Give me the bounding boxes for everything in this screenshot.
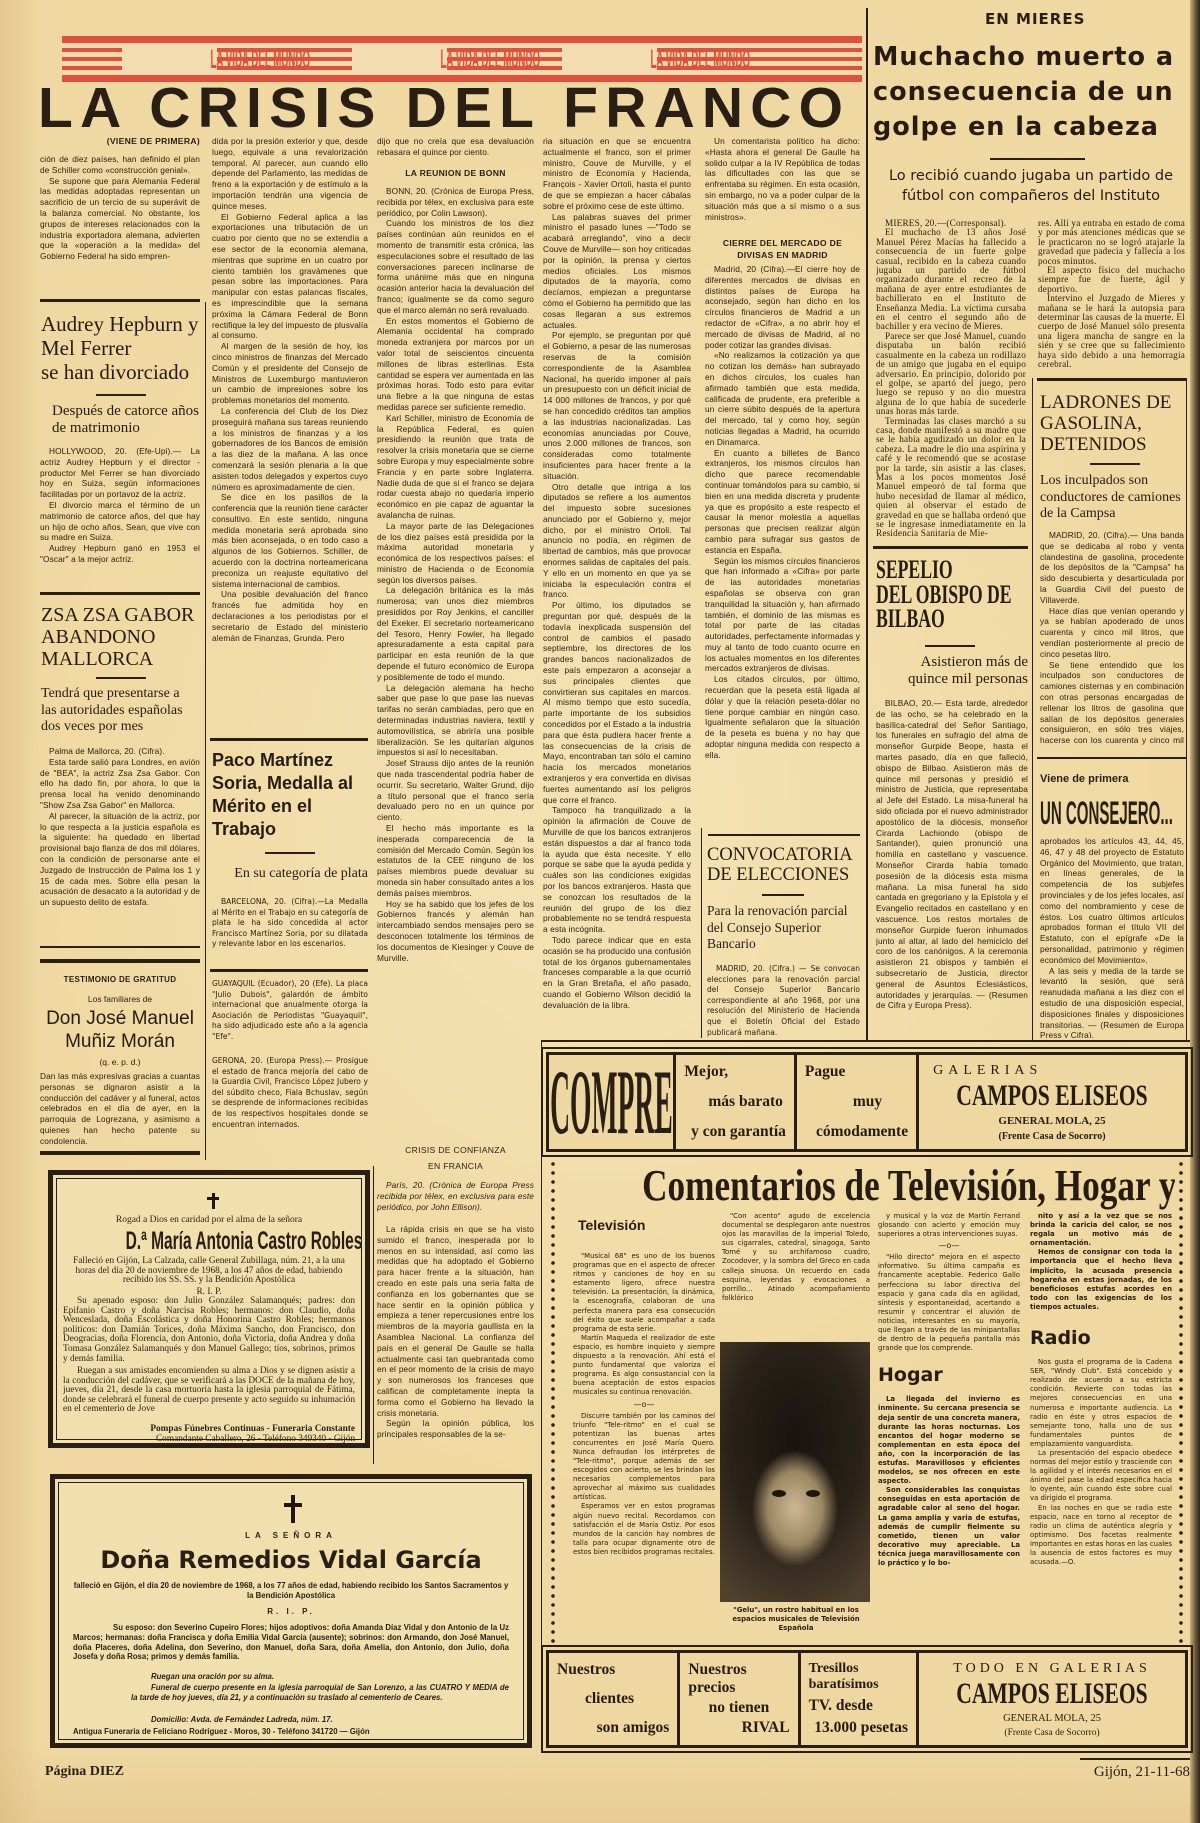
paragraph: Hace días que venían operando y ya se ha… (1040, 606, 1184, 660)
mieres-body-col2: res. Allí ya entraba en estado de coma y… (1038, 219, 1185, 371)
ad-compre-text: COMPRE (550, 1056, 673, 1148)
bonn-body: BONN, 20. (Crónica de Europa Press, reci… (377, 186, 534, 1138)
madrid-body: Madrid, 20 (Cifra).—El cierre hoy de dif… (705, 264, 860, 827)
ad-store-name: CAMPOS ELISEOS (956, 1677, 1147, 1711)
ad-cell-tv-offer: Tresillos baratísimos TV. desde 13.000 p… (798, 1653, 917, 1745)
gratitude-body: Dan las más expresivas gracias a cuantas… (40, 1071, 200, 1147)
ad-line: TV. desde (809, 1697, 909, 1715)
audrey-body: HOLLYWOOD, 20. (Efe-Upi).— La actriz Aud… (40, 446, 200, 586)
obituary-funeral-home: Antigua Funeraria de Feliciano Rodríguez… (73, 1727, 513, 1736)
paragraph: Discurre también por los caminos del tri… (573, 1412, 715, 1503)
ad-line: Nuestros precios (688, 1661, 789, 1697)
page-dateline: Gijón, 21-11-68 (1060, 1764, 1190, 1781)
ladrones-headline: LADRONES DE GASOLINA, DETENIDOS (1040, 392, 1188, 455)
paragraph: «No realizamos la cotización ya que no c… (705, 350, 860, 447)
obituary-request: Ruegan a sus amistades encomienden su al… (63, 1367, 355, 1415)
paragraph: Por ejemplo, se preguntan por qué el Gob… (543, 330, 691, 481)
ad-store-block: TODO EN GALERIAS CAMPOS ELISEOS GENERAL … (919, 1653, 1185, 1745)
hogar-text-continued: nito y así a la vez que se nos brinda la… (1030, 1212, 1172, 1312)
continued-from-label: (VIENE DE PRIMERA) (40, 136, 200, 146)
ad-text-stack: Pague muy cómodamente (797, 1055, 916, 1149)
mieres-headline: Muchacho muerto a consecuencia de un gol… (873, 40, 1189, 145)
paragraph: "Hilo directo" mejora en el aspecto info… (878, 1253, 1020, 1353)
paragraph: Josef Strauss dijo antes de la reunión q… (377, 758, 534, 823)
main-story-col1: ción de diez países, han definido el pla… (40, 154, 200, 294)
television-text-1: "Musical 68" es uno de los buenos progra… (573, 1252, 715, 1398)
ad-line: Pague (805, 1063, 908, 1081)
paragraph: res. Allí ya entraba en estado de coma y… (1038, 219, 1185, 266)
paco-subhead: En su categoría de plata (212, 865, 368, 882)
column-divider (866, 8, 868, 1040)
paragraph: HOLLYWOOD, 20. (Efe-Upi).— La actriz Aud… (40, 446, 200, 500)
ad-cell-store: TODO EN GALERIAS CAMPOS ELISEOS GENERAL … (916, 1653, 1185, 1745)
divider (873, 546, 1028, 549)
star-border-left (549, 1160, 557, 1645)
ad-cell-pay: Pague muy cómodamente (794, 1055, 916, 1149)
obituary-funeral-home: Pompas Fúnebres Continuas - Funeraria Co… (63, 1424, 355, 1434)
paragraph: La delegación británica es la más numero… (377, 585, 534, 682)
paragraph: El divorcio marca el término de un matri… (40, 500, 200, 543)
ad-galerias-top: COMPRE Mejor, más barato y con garantía … (546, 1052, 1188, 1152)
mieres-body-col1: MIERES, 20.—(Corresponsal).El muchacho d… (876, 219, 1026, 537)
main-story-col3-lead: dijo que no creía que esa devaluación re… (377, 136, 534, 158)
cross-icon (207, 1193, 219, 1209)
zsazsa-subhead: Tendrá que presentarse a las autoridades… (41, 686, 203, 736)
ad-line: son amigos (557, 1719, 669, 1737)
bonn-subhead: LA REUNION DE BONN (377, 168, 534, 178)
column-divider (701, 828, 702, 1038)
section-banner-text: LA VIDA DEL MUNDO (440, 44, 540, 74)
paragraph: Según la opinión pública, los principale… (377, 1418, 534, 1440)
radio-heading: Radio (1030, 1326, 1172, 1350)
gerona-brief: GERONA, 20. (Europa Press).— Prosigue el… (212, 1056, 368, 1152)
television-heading: Televisión (578, 1217, 645, 1233)
obituary-castro-robles: Rogad a Dios en caridad por el alma de l… (48, 1170, 370, 1448)
star-border-right (1177, 1160, 1185, 1645)
paco-headline: Paco Martínez Soria, Medalla al Mérito e… (212, 749, 372, 841)
consejero-headline-box: UN CONSEJERO... (1040, 796, 1186, 832)
main-story-col2: dida por la presión exterior y que, desd… (212, 136, 368, 734)
convocatoria-body: MADRID, 20. (Cifra.) — Se convocan elecc… (707, 964, 860, 1038)
paco-body: BARCELONA, 20. (Cifra).—La Medalla al Mé… (212, 897, 368, 963)
section-divider (541, 1040, 1190, 1042)
ad-store-block: GALERIAS CAMPOS ELISEOS GENERAL MOLA, 25… (919, 1055, 1185, 1149)
page-number: Página DIEZ (45, 1764, 124, 1780)
paragraph: Se tiene entendido que los inculpados so… (1040, 660, 1184, 748)
obituary-name: D.ª María Antonia Castro Robles (126, 1226, 363, 1256)
paragraph: La rápida crisis en que se ha visto sumi… (377, 1224, 534, 1418)
divider (1037, 757, 1187, 759)
paragraph: La presentación del espacio obedece norm… (1030, 1449, 1172, 1504)
tv-col-b: "Con acento" agudo de excelencia documen… (722, 1212, 870, 1332)
divider (40, 946, 200, 948)
paragraph: El hecho más importante es la inesperada… (377, 823, 534, 899)
ad-galerias-bottom: Nuestros clientes son amigos Nuestros pr… (546, 1650, 1188, 1748)
section-banner-label: LA VIDA DEL MUNDO (352, 44, 447, 74)
television-text-4: y musical y la voz de Martín Ferrand glo… (878, 1212, 1020, 1239)
banner-stripes (62, 48, 122, 70)
divider (708, 834, 860, 836)
zsazsa-headline: ZSA ZSA GABOR ABANDONO MALLORCA (41, 604, 203, 670)
ad-store-note: (Frente Casa de Socorro) (1004, 1728, 1099, 1738)
audrey-headline: Audrey Hepburn y Mel Ferrer se han divor… (41, 312, 203, 384)
paragraph: Dan las más expresivas gracias a cuantas… (40, 1071, 200, 1147)
obituary-name: Doña Remedios Vidal García (55, 1545, 527, 1575)
paragraph: Esperamos ver en estos programas algún n… (573, 1502, 715, 1557)
television-text-5: "Hilo directo" mejora en el aspecto info… (878, 1253, 1020, 1353)
ad-text-stack: Tresillos baratísimos TV. desde 13.000 p… (801, 1653, 917, 1745)
ad-store-kicker: GALERIAS (919, 1063, 1042, 1079)
tv-header-box: Comentarios de Televisión, Hogar y Radio (563, 1162, 1175, 1210)
paragraph: El aspecto físico del muchacho siempre f… (1038, 266, 1185, 294)
paragraph: Hemos de consignar con toda la importanc… (1030, 1248, 1172, 1312)
paragraph: La delegación alemana ha hecho saber que… (377, 683, 534, 759)
mieres-subhead: Lo recibió cuando jugaba un partido de f… (873, 166, 1189, 206)
short-divider (96, 394, 146, 396)
ad-line: y con garantía (684, 1123, 785, 1141)
short-divider (925, 645, 975, 647)
paragraph: En las noches en que se radia este espac… (1030, 1504, 1172, 1568)
paragraph: Parece ser que José Manuel, cuando dispu… (876, 332, 1026, 417)
obituary-name-box: D.ª María Antonia Castro Robles (53, 1226, 365, 1256)
obituary-death-notice: falleció en Gijón, el día 20 de noviembr… (73, 1581, 509, 1600)
ad-cell-store: GALERIAS CAMPOS ELISEOS GENERAL MOLA, 25… (916, 1055, 1185, 1149)
guayaquil-brief: GUAYAQUIL (Ecuador), 20 (Efe). La placa … (212, 979, 368, 1045)
paragraph: Audrey Hepburn ganó en 1953 el "Oscar" a… (40, 543, 200, 565)
tv-col-d: nito y así a la vez que se nos brinda la… (1030, 1212, 1172, 1640)
paragraph: La conferencia del Club de los Diez pros… (212, 406, 368, 492)
paragraph: dijo que no creía que esa devaluación re… (377, 136, 534, 158)
paragraph: nito y así a la vez que se nos brinda la… (1030, 1212, 1172, 1248)
footer-divider (1080, 1758, 1190, 1760)
ad-line: clientes (557, 1690, 669, 1708)
photo-detail (772, 1490, 786, 1497)
main-story-col4: ria situación en que se encuentra actual… (543, 136, 691, 1036)
paragraph: Una posible devaluación del franco franc… (212, 589, 368, 643)
television-text-3: "Con acento" agudo de excelencia documen… (722, 1212, 870, 1303)
obituary-funeral: Funeral de cuerpo presente en la iglesia… (131, 1683, 509, 1703)
ladrones-body: MADRID, 20. (Cifra).— Una banda que se d… (1040, 530, 1184, 748)
consejero-kicker: Viene de primera (1040, 773, 1128, 785)
section-banner-text: LA VIDA DEL MUNDO (650, 44, 750, 74)
main-story-col5-lead: Un comentarista político ha dicho: «Hast… (705, 136, 860, 232)
audrey-subhead: Después de catorce años de matrimonio (52, 403, 202, 437)
paragraph: Nos gusta el programa de la Cadena SER, … (1030, 1358, 1172, 1449)
newspaper-page: LA VIDA DEL MUNDO LA VIDA DEL MUNDO LA V… (0, 0, 1200, 1823)
obituary-address: Comandante Caballero, 26 - Teléfono 3493… (63, 1434, 355, 1444)
divider (210, 969, 368, 972)
paragraph: Intervino el Juzgado de Mieres y mañana … (1038, 294, 1185, 369)
divider (1037, 378, 1187, 381)
paragraph: aprobados los artículos 43, 44, 45, 46, … (1040, 836, 1184, 966)
ad-text-stack: Nuestros precios no tienen RIVAL (680, 1653, 797, 1745)
ad-text-stack: Mejor, más barato y con garantía (676, 1055, 793, 1149)
paragraph: La llegada del invierno es inminente. Su… (878, 1395, 1020, 1486)
sepelio-subhead: Asistieron más de quince mil personas (876, 654, 1028, 688)
paragraph: La mayor parte de las Delegaciones de lo… (377, 521, 534, 586)
separator: —o— (878, 1239, 1020, 1253)
ad-text-stack: Nuestros clientes son amigos (549, 1653, 677, 1745)
short-divider (265, 852, 315, 854)
paragraph: ria situación en que se encuentra actual… (543, 136, 691, 212)
hogar-heading: Hogar (878, 1363, 1020, 1387)
ad-store-address: GENERAL MOLA, 25 (998, 1115, 1105, 1127)
consejero-headline: UN CONSEJERO... (1040, 796, 1173, 830)
paragraph: Terminadas las clases marchó a su casa, … (876, 417, 1026, 537)
paragraph: Al parecer, la situación de la actriz, p… (40, 811, 200, 908)
gratitude-rip: (q. e. p. d.) (40, 1057, 200, 1067)
paragraph: "Musical 68" es uno de los buenos progra… (573, 1252, 715, 1334)
television-text-2: Discurre también por los caminos del tri… (573, 1412, 715, 1558)
paragraph: dida por la presión exterior y que, desd… (212, 136, 368, 212)
obituary-vidal-garcia: LA SEÑORA Doña Remedios Vidal García fal… (50, 1474, 532, 1748)
obituary-death-notice: Falleció en Gijón, La Calzada, calle Gen… (67, 1257, 351, 1286)
paragraph: BILBAO, 20.— Esta tarde, alrededor de la… (876, 698, 1028, 1011)
paragraph: Madrid, 20 (Cifra).—El cierre hoy de dif… (705, 264, 860, 350)
divider (210, 738, 368, 741)
ad-line: Mejor, (684, 1063, 785, 1081)
obituary-rip: R. I. P. (55, 1607, 527, 1616)
france-subhead: CRISIS DE CONFIANZA EN FRANCIA (377, 1142, 534, 1174)
consejero-body: aprobados los artículos 43, 44, 45, 46, … (1040, 836, 1184, 1038)
column-divider (541, 1042, 542, 1752)
short-divider (990, 158, 1085, 160)
obituary-invocation: Rogad a Dios en caridad por el alma de l… (61, 1215, 357, 1225)
ad-store-note: (Frente Casa de Socorro) (998, 1131, 1105, 1142)
obituary-kicker: LA SEÑORA (55, 1531, 527, 1540)
paragraph: El muchacho de 13 años José Manuel Pérez… (876, 228, 1026, 331)
paragraph: Todo parece indicar que en esta ocasión … (543, 935, 691, 1011)
paragraph: Cuando los ministros de los diez países … (377, 218, 534, 315)
photo-detail (806, 1490, 820, 1497)
france-body: La rápida crisis en que se ha visto sumi… (377, 1224, 534, 1468)
divider (40, 959, 200, 963)
ad-cell-compre: COMPRE (549, 1055, 673, 1149)
divider (40, 299, 200, 302)
short-divider (96, 677, 146, 679)
short-divider (1090, 463, 1140, 465)
ad-line: más barato (684, 1093, 785, 1111)
tv-section-header: Comentarios de Televisión, Hogar y Radio (642, 1162, 1175, 1210)
ad-store-address: GENERAL MOLA, 25 (1003, 1713, 1101, 1724)
obituary-domicile: Domicilio: Avda. de Fernández Ladreda, n… (151, 1715, 511, 1724)
ladrones-subhead: Los inculpados son conductores de camion… (1040, 473, 1186, 523)
paragraph: BARCELONA, 20. (Cifra).—La Medalla al Mé… (212, 897, 368, 950)
ad-store-name: CAMPOS ELISEOS (956, 1079, 1147, 1113)
zsazsa-body: Palma de Mallorca, 20. (Cifra).Esta tard… (40, 746, 200, 941)
gratitude-name: Don José Manuel Muñiz Morán (38, 1007, 202, 1053)
ad-store-kicker: TODO EN GALERIAS (953, 1661, 1151, 1677)
sepelio-body: BILBAO, 20.— Esta tarde, alrededor de la… (876, 698, 1028, 1038)
paragraph: y musical y la voz de Martín Ferrand glo… (878, 1212, 1020, 1239)
paragraph: El Gobierno Federal aplica a las exporta… (212, 212, 368, 342)
ad-line: cómodamente (805, 1123, 908, 1141)
divider (40, 592, 200, 595)
paragraph: Las palabras suaves del primer ministro … (543, 212, 691, 331)
column-divider (205, 302, 206, 1160)
ad-line: Tresillos baratísimos (809, 1661, 909, 1693)
paragraph: Hoy se ha sabido que los jefes de los Go… (377, 899, 534, 964)
gratitude-kicker: TESTIMONIO DE GRATITUD (40, 975, 200, 984)
gratitude-intro: Los familiares de (40, 994, 200, 1004)
ad-line: no tienen (688, 1699, 789, 1717)
ad-cell-clients: Nuestros clientes son amigos (549, 1653, 677, 1745)
convocatoria-subhead: Para la renovación parcial del Consejo S… (707, 903, 862, 953)
ad-cell-better: Mejor, más barato y con garantía (673, 1055, 793, 1149)
tv-col-c: y musical y la voz de Martín Ferrand glo… (878, 1212, 1020, 1640)
section-banner-text: LA VIDA DEL MUNDO (210, 44, 310, 74)
paragraph: Esta tarde salió para Londres, en avión … (40, 757, 200, 811)
short-divider (762, 894, 804, 896)
paragraph: Al margen de la sesión de hoy, los cinco… (212, 341, 368, 406)
section-banner-label: LA VIDA DEL MUNDO (562, 44, 657, 74)
paragraph: ción de diez países, han definido el pla… (40, 154, 200, 176)
photo-gelu (720, 1342, 870, 1602)
paragraph: Los citados círculos, por último, recuer… (705, 674, 860, 760)
paragraph: "Con acento" agudo de excelencia documen… (722, 1212, 870, 1303)
paragraph: A las seis y media de la tarde se levant… (1040, 966, 1184, 1038)
sepelio-headline: SEPELIO DEL OBISPO DE BILBAO (876, 558, 1012, 632)
paragraph: Palma de Mallorca, 20. (Cifra). (40, 746, 200, 757)
hogar-text: La llegada del invierno es inminente. Su… (878, 1395, 1020, 1568)
paragraph: MADRID, 20. (Cifra.) — Se convocan elecc… (707, 964, 860, 1038)
obituary-prayer: Ruegan una oración por su alma. (151, 1672, 511, 1681)
paragraph: MADRID, 20. (Cifra).— Una banda que se d… (1040, 530, 1184, 606)
section-banner-label: LA VIDA DEL MUNDO (122, 44, 217, 74)
paragraph: Karl Schiller, ministro de Economía de l… (377, 413, 534, 521)
obituary-family: Su apenado esposo: don Julio González Sa… (63, 1297, 355, 1364)
photo-caption: "Gelu", un rostro habitual en los espaci… (720, 1606, 872, 1633)
paragraph: GUAYAQUIL (Ecuador), 20 (Efe). La placa … (212, 979, 368, 1043)
column-divider (1032, 378, 1033, 1040)
obituary-family: Su esposo: don Severino Cupeiro Flores; … (73, 1623, 509, 1662)
ad-line: muy (805, 1093, 908, 1111)
paragraph: Se supone que para Alemania Federal las … (40, 176, 200, 262)
separator: —o— (573, 1398, 715, 1412)
madrid-subhead: CIERRE DEL MERCADO DE DIVISAS EN MADRID (705, 237, 860, 261)
paragraph: BONN, 20. (Crónica de Europa Press, reci… (377, 186, 534, 218)
radio-text: Nos gusta el programa de la Cadena SER, … (1030, 1358, 1172, 1567)
paragraph: Tampoco ha tranquilizado a la opinión la… (543, 805, 691, 935)
column-divider (373, 1166, 374, 1464)
cross-icon (284, 1495, 302, 1523)
ad-line: RIVAL (688, 1719, 789, 1737)
tv-col-a: "Musical 68" es uno de los buenos progra… (573, 1252, 715, 1622)
main-headline: LA CRISIS DEL FRANCO (38, 84, 850, 132)
paragraph: Son considerables las conquistas consegu… (878, 1486, 1020, 1568)
column-border (1186, 378, 1187, 1040)
paragraph: En cuanto a billetes de Banco extranjero… (705, 448, 860, 556)
mieres-kicker: EN MIERES (985, 10, 1085, 28)
paragraph: En estos momentos el Gobierno de Alemani… (377, 316, 534, 413)
paragraph: Por último, los diputados se preguntan p… (543, 600, 691, 805)
paragraph: Según los mismos círculos financieros qu… (705, 556, 860, 675)
paragraph: Un comentarista político ha dicho: «Hast… (705, 136, 860, 222)
ad-cell-prices: Nuestros precios no tienen RIVAL (677, 1653, 797, 1745)
paragraph: Otro detalle que intriga a los diputados… (543, 482, 691, 601)
ad-price: 13.000 pesetas (809, 1719, 909, 1737)
paragraph: GERONA, 20. (Europa Press).— Prosigue el… (212, 1056, 368, 1130)
paragraph: Martín Maqueda el realizador de este esp… (573, 1334, 715, 1398)
convocatoria-headline: CONVOCATORIA DE ELECCIONES (707, 845, 867, 885)
page-binding-edge (1190, 0, 1200, 1823)
france-dateline: París, 20. (Crónica de Europa Press reci… (377, 1180, 534, 1224)
divider (40, 1151, 200, 1155)
ad-line: Nuestros (557, 1661, 669, 1679)
sepelio-headline-box: SEPELIO DEL OBISPO DE BILBAO (876, 558, 1028, 638)
paragraph: Se dice en los pasillos de la conferenci… (212, 492, 368, 589)
